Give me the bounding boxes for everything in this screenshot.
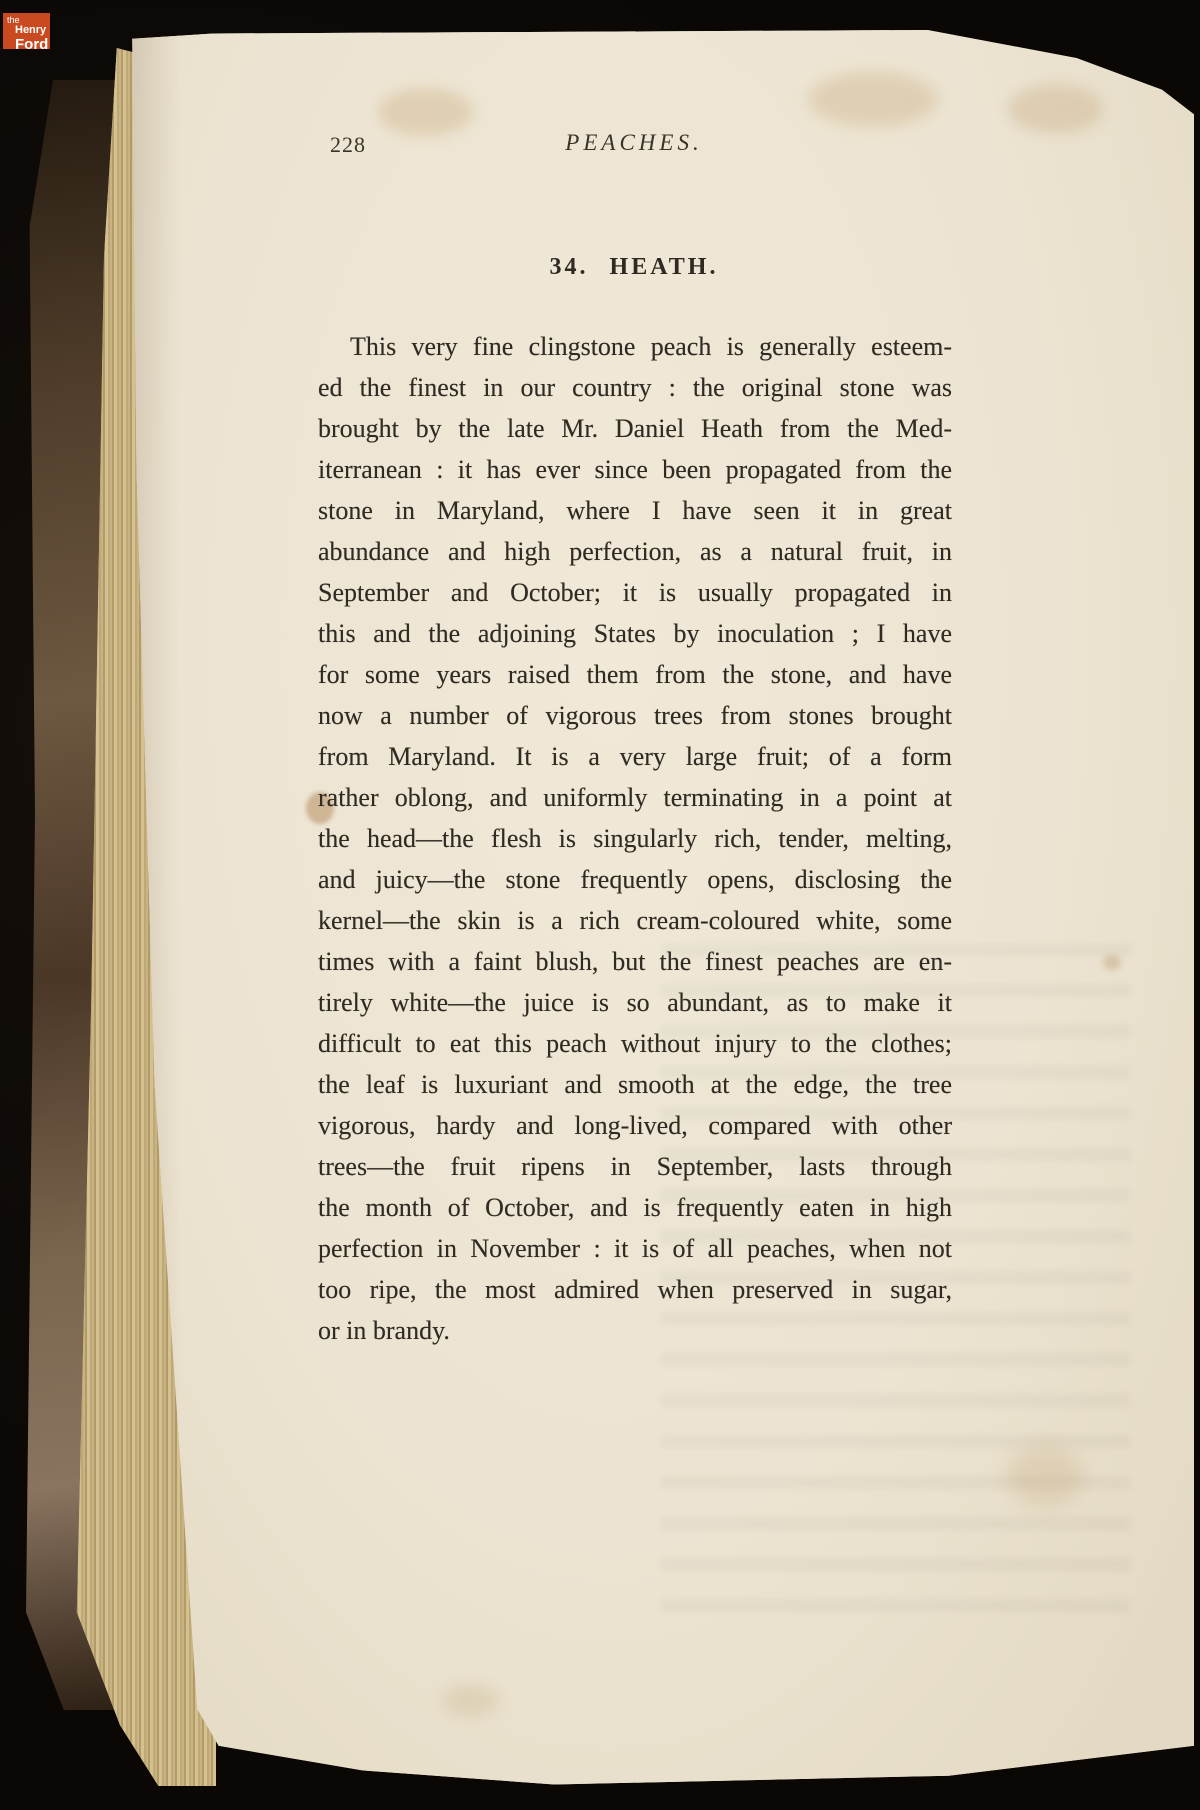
body-line: the month of October, and is frequently … — [318, 1187, 952, 1228]
logo-text-henry: Henry — [15, 25, 50, 36]
body-line: for some years raised them from the ston… — [318, 654, 952, 695]
body-line: and juicy—the stone frequently opens, di… — [318, 859, 952, 900]
body-line: rather oblong, and uniformly terminating… — [318, 777, 952, 818]
body-line: now a number of vigorous trees from ston… — [318, 695, 952, 736]
body-line: perfection in November : it is of all pe… — [318, 1228, 952, 1269]
body-line: stone in Maryland, where I have seen it … — [318, 490, 952, 531]
logo-text-ford: Ford — [15, 37, 50, 52]
body-line: brought by the late Mr. Daniel Heath fro… — [318, 408, 952, 449]
body-line: times with a faint blush, but the finest… — [318, 941, 952, 982]
section-heading: 34. HEATH. — [318, 254, 950, 281]
body-text: This very fine clingstone peach is gener… — [318, 326, 952, 1351]
foxing-stain — [808, 72, 938, 127]
body-line: this and the adjoining States by inocula… — [318, 613, 952, 654]
page-header: 228 PEACHES. — [318, 126, 950, 166]
body-line: abundance and high perfection, as a natu… — [318, 531, 952, 572]
body-line: September and October; it is usually pro… — [318, 572, 952, 613]
body-line: iterranean : it has ever since been prop… — [318, 449, 952, 490]
running-head: PEACHES. — [318, 130, 950, 156]
body-line: or in brandy. — [318, 1310, 952, 1351]
body-line: This very fine clingstone peach is gener… — [318, 326, 952, 367]
body-line: from Maryland. It is a very large fruit;… — [318, 736, 952, 777]
body-line: vigorous, hardy and long-lived, compared… — [318, 1105, 952, 1146]
body-line: the leaf is luxuriant and smooth at the … — [318, 1064, 952, 1105]
body-line: the head—the flesh is singularly rich, t… — [318, 818, 952, 859]
body-line: tirely white—the juice is so abundant, a… — [318, 982, 952, 1023]
book-page: 228 PEACHES. 34. HEATH. This very fine c… — [128, 30, 1194, 1788]
foxing-stain — [443, 1685, 498, 1717]
henry-ford-logo: the Henry Ford — [3, 13, 50, 49]
foxing-stain — [1008, 85, 1103, 133]
body-line: difficult to eat this peach without inju… — [318, 1023, 952, 1064]
body-line: trees—the fruit ripens in September, las… — [318, 1146, 952, 1187]
body-line: ed the finest in our country : the origi… — [318, 367, 952, 408]
body-line: too ripe, the most admired when preserve… — [318, 1269, 952, 1310]
body-line: kernel—the skin is a rich cream-coloured… — [318, 900, 952, 941]
